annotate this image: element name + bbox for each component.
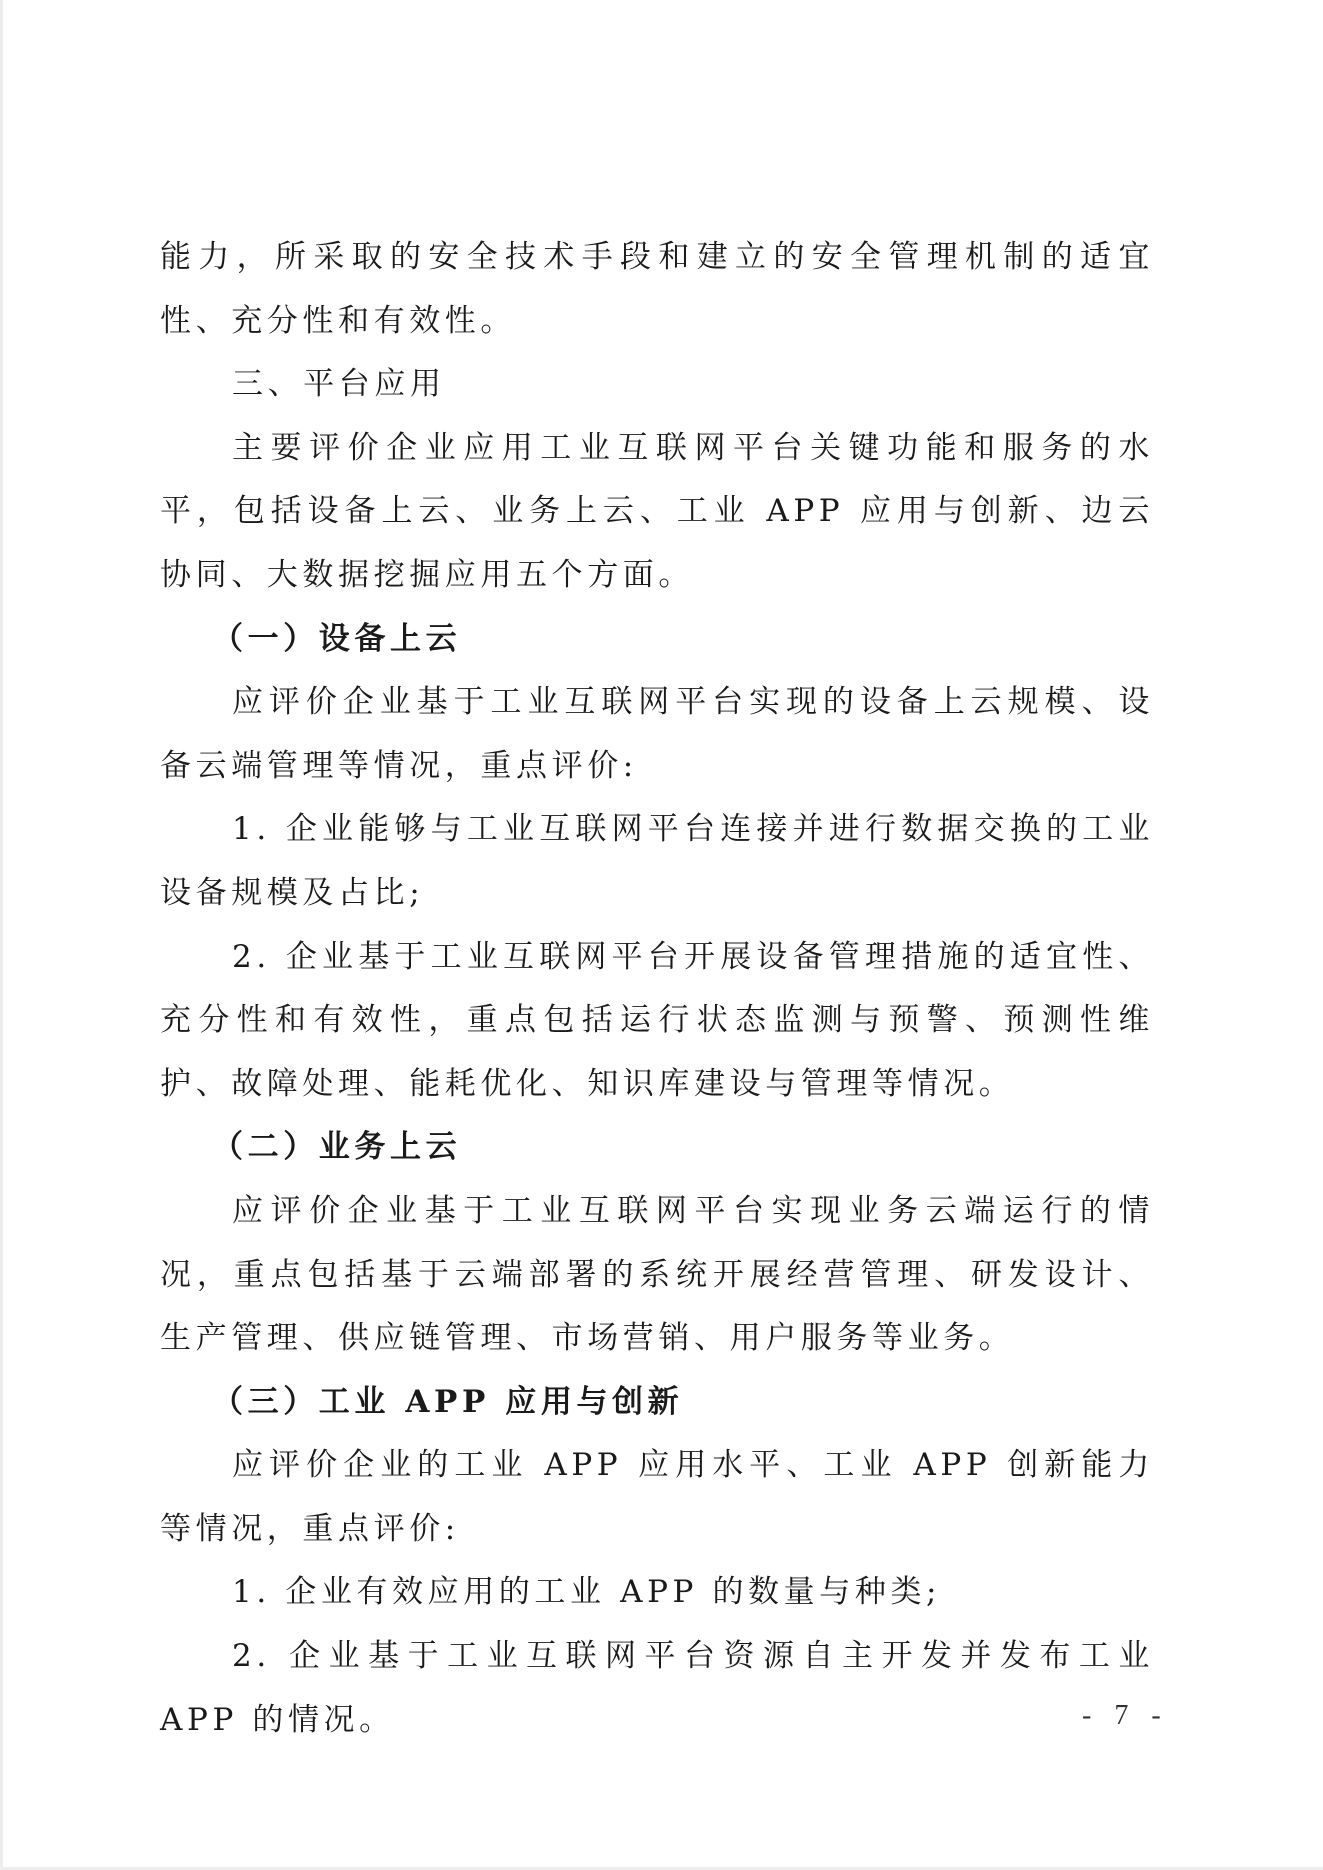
paragraph-business-cloud: 应评价企业基于工业互联网平台实现业务云端运行的情况，重点包括基于云端部署的系统开… (160, 1180, 1154, 1371)
document-page: 能力，所采取的安全技术手段和建立的安全管理机制的适宜性、充分性和有效性。 三、平… (0, 0, 1323, 1870)
list-item-device-management: 2. 企业基于工业互联网平台开展设备管理措施的适宜性、充分性和有效性，重点包括运… (160, 926, 1154, 1117)
subsection-heading-business-cloud: （二）业务上云 (160, 1116, 1154, 1180)
paragraph-continuation: 能力，所采取的安全技术手段和建立的安全管理机制的适宜性、充分性和有效性。 (160, 226, 1154, 353)
subsection-heading-device-cloud: （一）设备上云 (160, 608, 1154, 672)
subsection-heading-industrial-app: （三）工业 APP 应用与创新 (160, 1371, 1154, 1435)
page-number: - 7 - (1082, 1700, 1169, 1732)
document-body: 能力，所采取的安全技术手段和建立的安全管理机制的适宜性、充分性和有效性。 三、平… (160, 226, 1154, 1752)
paragraph-industrial-app-intro: 应评价企业的工业 APP 应用水平、工业 APP 创新能力等情况，重点评价: (160, 1434, 1154, 1561)
paragraph-section-intro: 主要评价企业应用工业互联网平台关键功能和服务的水平，包括设备上云、业务上云、工业… (160, 417, 1154, 608)
list-item-app-development: 2. 企业基于工业互联网平台资源自主开发并发布工业 APP 的情况。 (160, 1625, 1154, 1752)
list-item-device-scale: 1. 企业能够与工业互联网平台连接并进行数据交换的工业设备规模及占比; (160, 798, 1154, 925)
paragraph-device-cloud-intro: 应评价企业基于工业互联网平台实现的设备上云规模、设备云端管理等情况，重点评价: (160, 671, 1154, 798)
section-heading-platform-application: 三、平台应用 (160, 353, 1154, 417)
page-edge (0, 0, 3, 1870)
list-item-app-quantity: 1. 企业有效应用的工业 APP 的数量与种类; (160, 1561, 1154, 1625)
